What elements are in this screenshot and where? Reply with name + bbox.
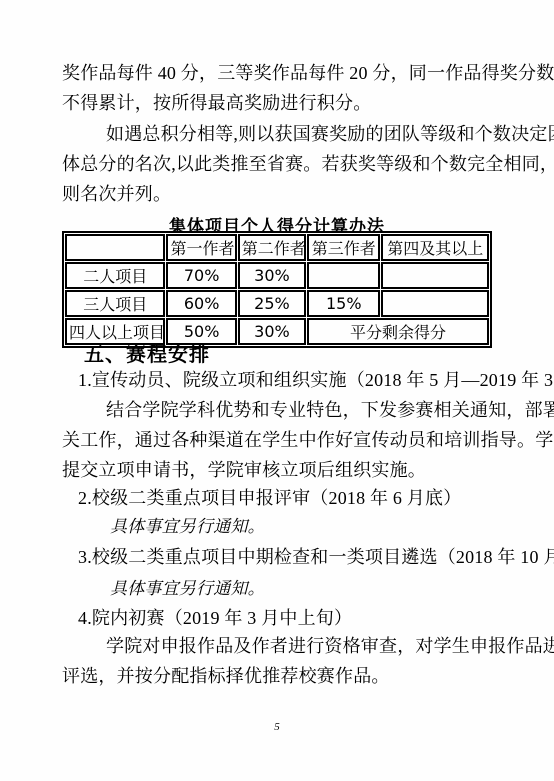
table-row-three-person: 三人项目 60% 25% 15% <box>65 290 489 317</box>
section-heading-schedule: 五、赛程安排 <box>84 338 210 367</box>
cell-second-author: 30% <box>238 262 306 289</box>
paragraph-award-line-1: 奖作品每件 40 分，三等奖作品每件 20 分，同一作品得奖分数 <box>62 62 554 84</box>
table-header-row: 第一作者 第二作者 第三作者 第四及其以上 <box>65 234 489 261</box>
paragraph-tie-line-2: 体总分的名次,以此类推至省赛。若获奖等级和个数完全相同， <box>62 153 554 175</box>
schedule-item-4-line-2: 评选，并按分配指标择优推荐校赛作品。 <box>62 665 390 687</box>
schedule-item-2-note: 具体事宜另行通知。 <box>110 516 265 538</box>
schedule-item-2-heading: 2.校级二类重点项目申报评审（2018 年 6 月底） <box>78 487 461 509</box>
score-table: 第一作者 第二作者 第三作者 第四及其以上 二人项目 70% 30% 三人项目 … <box>62 231 492 348</box>
schedule-item-1-line-1: 结合学院学科优势和专业特色，下发参赛相关通知，部署相 <box>106 399 554 421</box>
cell-split-remainder: 平分剩余得分 <box>307 318 489 345</box>
paragraph-award-line-2: 不得累计，按所得最高奖励进行积分。 <box>62 92 371 114</box>
schedule-item-1-line-3: 提交立项申请书，学院审核立项后组织实施。 <box>62 459 426 481</box>
cell-first-author: 60% <box>166 290 236 317</box>
table-header-fourth: 第四及其以上 <box>381 234 489 261</box>
table-header-first: 第一作者 <box>166 234 236 261</box>
cell-fourth-author <box>381 290 489 317</box>
table-header-second: 第二作者 <box>238 234 306 261</box>
page-number: 5 <box>0 721 554 733</box>
schedule-item-4-heading: 4.院内初赛（2019 年 3 月中上旬） <box>78 607 352 629</box>
table-header-third: 第三作者 <box>307 234 380 261</box>
cell-second-author: 30% <box>238 318 306 345</box>
schedule-item-1-heading: 1.宣传动员、院级立项和组织实施（2018 年 5 月—2019 年 3 月） <box>78 369 554 391</box>
score-table-wrapper: 第一作者 第二作者 第三作者 第四及其以上 二人项目 70% 30% 三人项目 … <box>62 231 492 348</box>
paragraph-tie-line-3: 则名次并列。 <box>62 183 171 205</box>
schedule-item-1-line-2: 关工作，通过各种渠道在学生中作好宣传动员和培训指导。学生 <box>62 429 554 451</box>
table-header-empty <box>65 234 165 261</box>
schedule-item-3-note: 具体事宜另行通知。 <box>110 578 265 600</box>
cell-second-author: 25% <box>238 290 306 317</box>
row-label: 三人项目 <box>65 290 165 317</box>
cell-third-author <box>307 262 380 289</box>
table-row-two-person: 二人项目 70% 30% <box>65 262 489 289</box>
cell-third-author: 15% <box>307 290 380 317</box>
schedule-item-4-line-1: 学院对申报作品及作者进行资格审查，对学生申报作品进行 <box>106 635 554 657</box>
schedule-item-3-heading: 3.校级二类重点项目中期检查和一类项目遴选（2018 年 10 月） <box>78 546 554 568</box>
row-label: 二人项目 <box>65 262 165 289</box>
cell-fourth-author <box>381 262 489 289</box>
paragraph-tie-line-1: 如遇总积分相等,则以获国赛奖励的团队等级和个数决定团 <box>106 123 554 145</box>
cell-first-author: 70% <box>166 262 236 289</box>
document-page: 奖作品每件 40 分，三等奖作品每件 20 分，同一作品得奖分数 不得累计，按所… <box>0 0 554 781</box>
